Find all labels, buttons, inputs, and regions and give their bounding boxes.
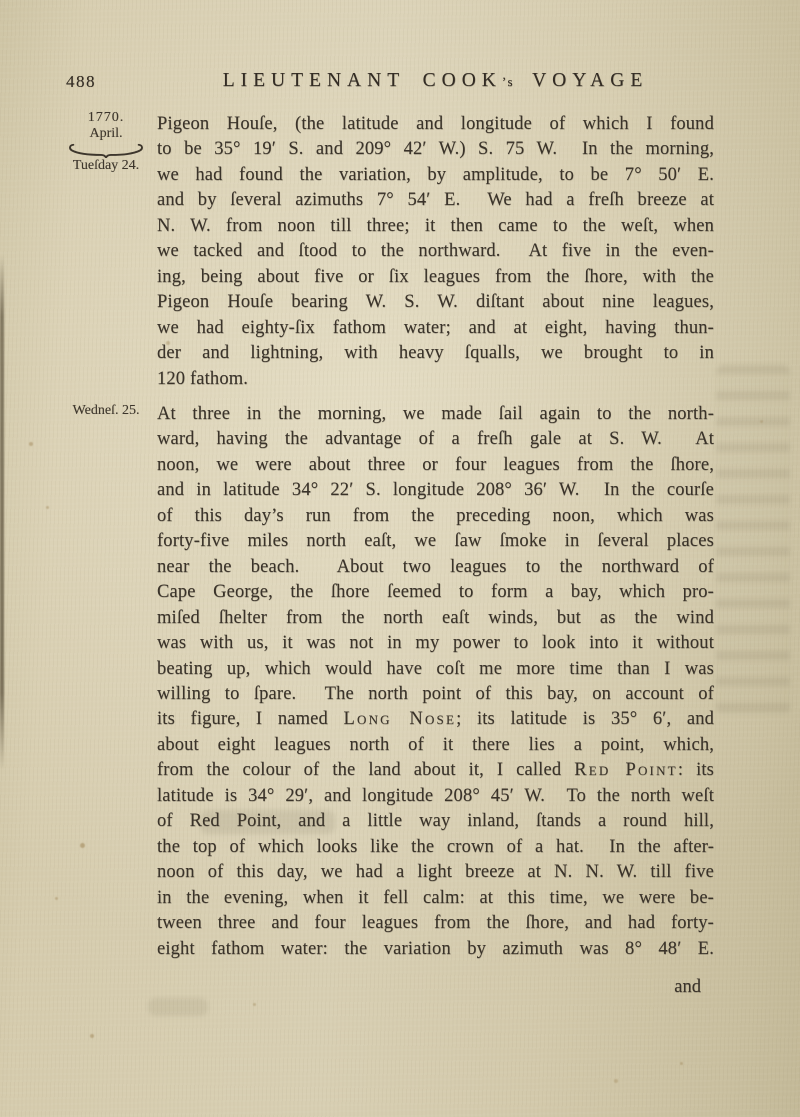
text-segment: its figure, I named xyxy=(157,709,343,729)
text-line: and in latitude 34° 22′ S. longitude 208… xyxy=(157,478,714,503)
text-line: we had eighty-ſix fathom water; and at e… xyxy=(157,316,714,341)
margin-month: April. xyxy=(58,126,154,142)
margin-day-tuesday: Tueſday 24. xyxy=(58,158,154,174)
text-line: noon, we were about three or four league… xyxy=(157,453,714,478)
text-line: we tacked and ſtood to the northward. At… xyxy=(157,239,714,264)
foxing-spot xyxy=(680,1062,683,1065)
margin-day-wednesday: Wedneſ. 25. xyxy=(58,403,154,419)
margin-day-block: Wedneſ. 25. xyxy=(58,403,154,419)
text-line: noon of this day, we had a light breeze … xyxy=(157,860,714,885)
showthrough-smudge xyxy=(716,365,790,715)
page-number: 488 xyxy=(66,72,96,92)
page-header: 488 LIEUTENANT COOK’s VOYAGE xyxy=(0,70,800,100)
text-segment: VOYAGE xyxy=(515,70,649,91)
text-segment: ’s xyxy=(502,74,515,89)
place-name: Red Point xyxy=(574,760,678,780)
text-line: was with us, it was not in my power to l… xyxy=(157,631,714,656)
text-line: Pigeon Houſe, (the latitude and longitud… xyxy=(157,112,714,137)
text-segment: LIEUTENANT COOK xyxy=(223,70,502,91)
text-line: of Red Point, and a little way inland, ſ… xyxy=(157,809,714,834)
page-edge-shadow xyxy=(0,255,4,770)
foxing-spot xyxy=(46,506,49,509)
foxing-spot xyxy=(253,1003,256,1006)
text-line: N. W. from noon till three; it then came… xyxy=(157,214,714,239)
text-segment: ; its latitude is 35° 6′, and xyxy=(456,709,714,729)
place-name: Long Nose xyxy=(343,709,456,729)
text-segment: : its xyxy=(678,760,714,780)
text-line: the top of which looks like the crown of… xyxy=(157,835,714,860)
text-line: near the beach. About two leagues to the… xyxy=(157,555,714,580)
showthrough-smudge xyxy=(148,998,208,1016)
text-line: ward, having the advantage of a freſh ga… xyxy=(157,427,714,452)
text-line: eight fathom water: the variation by azi… xyxy=(157,937,714,962)
text-line: willing to ſpare. The north point of thi… xyxy=(157,682,714,707)
text-line: Cape George, the ſhore ſeemed to form a … xyxy=(157,580,714,605)
text-line: ing, being about five or ſix leagues fro… xyxy=(157,265,714,290)
paragraph-2: At three in the morning, we made ſail ag… xyxy=(157,402,714,962)
text-line: der and lightning, with heavy ſqualls, w… xyxy=(157,341,714,366)
text-line: and by ſeveral azimuths 7° 54′ E. We had… xyxy=(157,188,714,213)
foxing-spot xyxy=(90,1034,94,1038)
text-line: At three in the morning, we made ſail ag… xyxy=(157,402,714,427)
margin-date-block: 1770. April. Tueſday 24. xyxy=(58,110,154,174)
text-line: about eight leagues north of it there li… xyxy=(157,733,714,758)
text-line: to be 35° 19′ S. and 209° 42′ W.) S. 75 … xyxy=(157,137,714,162)
foxing-spot xyxy=(29,442,33,446)
text-line: its figure, I named Long Nose; its latit… xyxy=(157,707,714,732)
text-line: latitude is 34° 29′, and longitude 208° … xyxy=(157,784,714,809)
text-line: of this day’s run from the preceding noo… xyxy=(157,504,714,529)
running-title: LIEUTENANT COOK’s VOYAGE xyxy=(157,70,714,92)
foxing-spot xyxy=(760,420,763,423)
catchword: and xyxy=(157,975,714,1000)
text-line: 120 fathom. xyxy=(157,367,714,392)
foxing-spot xyxy=(614,1079,618,1083)
paragraph-1: Pigeon Houſe, (the latitude and longitud… xyxy=(157,112,714,392)
text-line: Pigeon Houſe bearing W. S. W. diſtant ab… xyxy=(157,290,714,315)
text-line: in the evening, when it fell calm: at th… xyxy=(157,886,714,911)
text-segment: from the colour of the land about it, I … xyxy=(157,760,574,780)
body-text: Pigeon Houſe, (the latitude and longitud… xyxy=(157,112,714,962)
text-line: beating up, which would have coſt me mor… xyxy=(157,657,714,682)
book-page: 488 LIEUTENANT COOK’s VOYAGE 1770. April… xyxy=(0,0,800,1117)
text-line: tween three and four leagues from the ſh… xyxy=(157,911,714,936)
text-line: we had found the variation, by amplitude… xyxy=(157,163,714,188)
text-line: from the colour of the land about it, I … xyxy=(157,758,714,783)
text-line: miſed ſhelter from the north eaſt winds,… xyxy=(157,606,714,631)
text-line: forty-five miles north eaſt, we ſaw ſmok… xyxy=(157,529,714,554)
foxing-spot xyxy=(55,897,58,900)
foxing-spot xyxy=(80,843,85,848)
margin-year: 1770. xyxy=(58,110,154,126)
date-brace xyxy=(63,143,149,158)
